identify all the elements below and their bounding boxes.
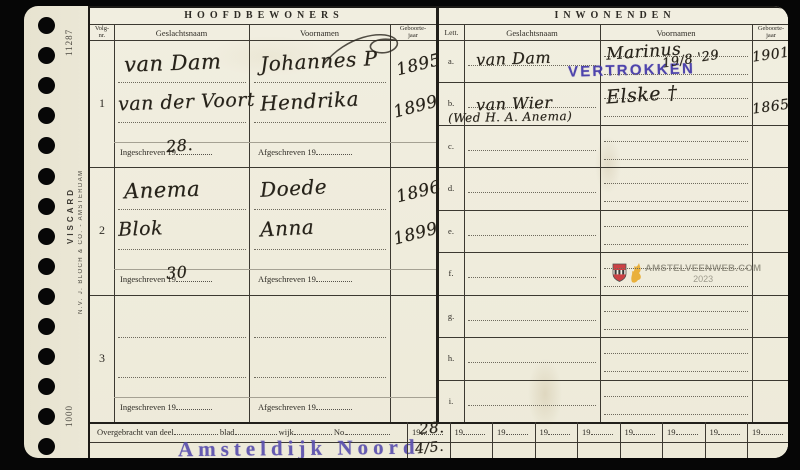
colhead-surname-left: Geslachtsnaam xyxy=(114,28,249,38)
row-letter: g. xyxy=(440,311,462,321)
writing-line xyxy=(604,396,748,397)
footer-year-label: 19 xyxy=(497,426,528,437)
writing-line xyxy=(468,405,596,406)
punch-hole xyxy=(38,168,55,185)
colhead-volgnr: Volg-nr. xyxy=(90,25,114,40)
watermark: AMSTELVEENWEB.COM 2023 xyxy=(612,263,761,284)
punch-hole xyxy=(38,348,55,365)
row-divider xyxy=(439,125,788,126)
footer-cell-divider xyxy=(535,422,536,458)
colhead-birthyear-right: Geboorte-jaar xyxy=(752,25,788,40)
writing-line xyxy=(604,159,748,160)
firstnames-handwritten: Hendrika xyxy=(259,86,359,115)
footer-year-label: 19 xyxy=(710,426,741,437)
footer-year-label: 19 xyxy=(752,426,783,437)
writing-line xyxy=(604,116,748,117)
firstnames-handwritten: Elske † xyxy=(605,82,678,109)
birthyear-handwritten: 1899 xyxy=(391,91,440,122)
writing-line xyxy=(604,311,748,312)
punch-hole xyxy=(38,408,55,425)
ingeschreven-year-handwritten: 30 xyxy=(165,262,188,283)
writing-line xyxy=(254,377,386,378)
writing-line xyxy=(468,277,596,278)
writing-line xyxy=(118,249,246,250)
writing-line xyxy=(604,268,748,269)
writing-line xyxy=(468,150,596,151)
footer-cell-divider xyxy=(747,422,748,458)
row-number: 3 xyxy=(90,351,114,366)
writing-line xyxy=(604,353,748,354)
punch-hole xyxy=(38,378,55,395)
footer-cell-divider xyxy=(705,422,706,458)
punch-hole xyxy=(38,77,55,94)
district-stamp: Amsteldijk Noord xyxy=(178,435,420,458)
firstnames-handwritten: Johannes P xyxy=(259,46,378,76)
row-number: 2 xyxy=(90,223,114,238)
punch-hole xyxy=(38,47,55,64)
afgeschreven-label: Afgeschreven 19 xyxy=(258,401,352,412)
writing-line xyxy=(118,209,246,210)
writing-line xyxy=(468,235,596,236)
row-letter: b. xyxy=(440,98,462,108)
footer-cell-divider xyxy=(662,422,663,458)
writing-line xyxy=(254,82,386,83)
firstnames-handwritten: Doede xyxy=(259,175,327,202)
row-divider xyxy=(439,210,788,211)
writing-line xyxy=(468,362,596,363)
afgeschreven-label: Afgeschreven 19 xyxy=(258,146,352,157)
ingeschreven-label: Ingeschreven 19 xyxy=(120,401,212,412)
punch-hole xyxy=(38,438,55,455)
punch-hole xyxy=(38,228,55,245)
punch-hole xyxy=(38,198,55,215)
surname-handwritten: van Dam xyxy=(476,48,552,70)
footer-cell-divider xyxy=(407,422,408,458)
birthyear-handwritten: 1901 xyxy=(751,44,788,65)
writing-line xyxy=(468,192,596,193)
row-letter: h. xyxy=(440,353,462,363)
surname-handwritten: Blok xyxy=(118,218,164,242)
writing-line xyxy=(604,201,748,202)
writing-line xyxy=(118,337,246,338)
ingeschreven-year-handwritten: 28. xyxy=(165,135,194,156)
afgeschreven-label: Afgeschreven 19 xyxy=(258,273,352,284)
birthyear-handwritten: 1865 xyxy=(751,97,788,118)
row-divider xyxy=(90,295,436,296)
footer-year-label: 19 xyxy=(540,426,571,437)
printer-brand-sub: N.V. J. BLOCH & CO. - AMSTERDAM xyxy=(78,156,87,328)
right-section-title: INWONENDEN xyxy=(440,10,788,21)
writing-line xyxy=(118,122,246,123)
writing-line xyxy=(604,329,748,330)
row-letter: e. xyxy=(440,226,462,236)
footer-cell-divider xyxy=(450,422,451,458)
writing-line xyxy=(254,249,386,250)
surname-handwritten: van der Voort xyxy=(118,89,256,116)
birthyear-handwritten: 1899 xyxy=(391,219,440,250)
surname-handwritten: Anema xyxy=(124,177,201,204)
footer-cell-divider xyxy=(492,422,493,458)
footer-year-label: 19 xyxy=(582,426,613,437)
writing-line xyxy=(604,286,748,287)
row-letter: d. xyxy=(440,183,462,193)
firstnames-handwritten: Anna xyxy=(259,215,314,242)
row-letter: a. xyxy=(440,56,462,66)
footer-cell-divider xyxy=(620,422,621,458)
row-divider xyxy=(439,167,788,168)
writing-line xyxy=(604,183,748,184)
surname-handwritten: van Dam xyxy=(124,49,222,76)
row-divider xyxy=(439,380,788,381)
register-card: 11287 VISCARD N.V. J. BLOCH & CO. - AMST… xyxy=(24,6,788,458)
footer-year-label: 19 xyxy=(455,426,486,437)
punch-hole xyxy=(38,288,55,305)
row-divider xyxy=(439,337,788,338)
row-divider xyxy=(439,295,788,296)
subrow-line xyxy=(114,269,436,270)
watermark-year: 2023 xyxy=(645,274,761,284)
punch-hole xyxy=(38,258,55,275)
writing-line xyxy=(254,337,386,338)
colhead-firstnames-right: Voornamen xyxy=(600,28,752,38)
writing-line xyxy=(254,122,386,123)
row-letter: f. xyxy=(440,268,462,278)
card-serial-bottom: 1000 xyxy=(64,394,76,438)
surname-note-handwritten: (Wed H. A. Anema) xyxy=(448,109,572,125)
writing-line xyxy=(604,371,748,372)
colhead-surname-right: Geslachtsnaam xyxy=(464,28,600,38)
writing-line xyxy=(604,414,748,415)
register-table: HOOFDBEWONERS INWONENDEN Volg-nr. Geslac… xyxy=(88,6,788,458)
punch-hole xyxy=(38,318,55,335)
writing-line xyxy=(604,141,748,142)
footer-year-label: 19 xyxy=(667,426,698,437)
writing-line xyxy=(604,226,748,227)
writing-line xyxy=(254,209,386,210)
writing-line xyxy=(118,377,246,378)
amstelveen-shield-icon xyxy=(612,263,627,282)
row-divider xyxy=(439,252,788,253)
writing-line xyxy=(118,82,246,83)
left-section-title: HOOFDBEWONERS xyxy=(90,10,438,21)
writing-line xyxy=(468,320,596,321)
writing-line xyxy=(604,74,748,75)
screenshot-root: 11287 VISCARD N.V. J. BLOCH & CO. - AMST… xyxy=(0,0,800,470)
printer-brand: VISCARD xyxy=(66,174,78,256)
subrow-line xyxy=(114,142,436,143)
writing-line xyxy=(604,244,748,245)
row-divider xyxy=(90,167,436,168)
footer-cell-divider xyxy=(577,422,578,458)
footer-year-label: 19 xyxy=(412,426,443,437)
lion-icon xyxy=(629,263,643,283)
colhead-lett: Lett. xyxy=(439,28,464,37)
card-serial-top: 11287 xyxy=(64,10,76,74)
row-letter: c. xyxy=(440,141,462,151)
punch-hole xyxy=(38,107,55,124)
punch-hole xyxy=(38,17,55,34)
subrow-line xyxy=(114,397,436,398)
footer-year-label: 19 xyxy=(625,426,656,437)
row-number: 1 xyxy=(90,96,114,111)
row-divider xyxy=(439,82,788,83)
row-letter: i. xyxy=(440,396,462,406)
punch-hole xyxy=(38,137,55,154)
